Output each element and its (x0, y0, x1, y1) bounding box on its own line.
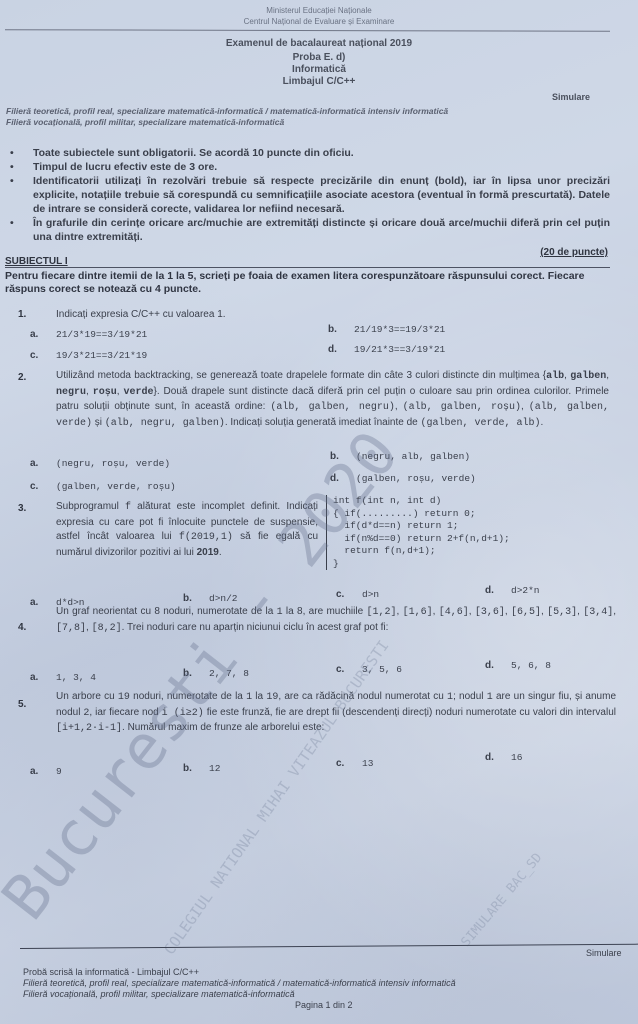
question-4-option-b[interactable]: b.2, 7, 8 (183, 668, 249, 679)
question-5-option-c[interactable]: c.13 (336, 758, 373, 769)
watermark-college: COLEGIUL NATIONAL MIHAI VITEAZUL BUCURES… (160, 637, 392, 958)
question-1-number: 1. (18, 309, 26, 320)
question-5-option-b[interactable]: b.12 (183, 763, 220, 774)
question-4-option-a[interactable]: a.1, 3, 4 (30, 672, 96, 683)
exam-language: Limbajul C/C++ (0, 76, 638, 87)
question-2-option-b[interactable]: b.(negru, alb, galben) (330, 451, 470, 462)
question-4-option-c[interactable]: c.3, 5, 6 (336, 664, 402, 675)
filiera-line-1: Filieră teoretică, profil real, speciali… (6, 106, 448, 116)
question-2-option-a[interactable]: a.(negru, roșu, verde) (30, 458, 170, 469)
question-1-option-d[interactable]: d.19/21*3==3/19*21 (328, 344, 445, 355)
rule-item: Timpul de lucru efectiv este de 3 ore. (10, 160, 610, 174)
exam-rules: Toate subiectele sunt obligatorii. Se ac… (10, 146, 610, 244)
question-4-option-d[interactable]: d.5, 6, 8 (485, 660, 551, 671)
question-5-text: Un arbore cu 19 noduri, numerotate de la… (56, 690, 616, 737)
question-1-option-b[interactable]: b.21/19*3==19/3*21 (328, 324, 445, 335)
header-divider (5, 29, 610, 32)
question-1-option-a[interactable]: a.21/3*19==3/19*21 (30, 329, 147, 340)
subject-divider (5, 267, 610, 268)
rule-item: În grafurile din cerințe oricare arc/muc… (10, 216, 610, 244)
question-3-option-c[interactable]: c.d>n (336, 589, 379, 600)
question-2-number: 2. (18, 372, 26, 383)
footer-line-1: Probă scrisă la informatică - Limbajul C… (23, 967, 199, 977)
rule-item: Toate subiectele sunt obligatorii. Se ac… (10, 146, 610, 160)
session-label: Simulare (552, 92, 590, 102)
code-snippet: int f(int n, int d) { if(.........) retu… (326, 495, 586, 570)
footer-divider (20, 944, 638, 949)
question-3-option-d[interactable]: d.d>2*n (485, 585, 540, 596)
question-5-option-a[interactable]: a.9 (30, 766, 62, 777)
question-4-text: Un graf neorientat cu 8 noduri, numerota… (56, 605, 616, 636)
question-4-number: 4. (18, 622, 26, 633)
footer-line-2: Filieră teoretică, profil real, speciali… (23, 978, 456, 988)
subject-title: SUBIECTUL I (5, 256, 68, 267)
footer-line-3: Filieră vocațională, profil militar, spe… (23, 989, 295, 999)
evaluation-center: Centrul Național de Evaluare și Examinar… (0, 17, 638, 26)
subject-instructions: Pentru fiecare dintre itemii de la 1 la … (5, 270, 610, 296)
question-2-text: Utilizând metoda backtracking, se genere… (56, 369, 609, 431)
question-1-text: Indicați expresia C/C++ cu valoarea 1. (56, 308, 616, 323)
question-3-option-b[interactable]: b.d>n/2 (183, 593, 238, 604)
exam-title: Examenul de bacalaureat național 2019 (0, 38, 638, 49)
question-3-number: 3. (18, 503, 26, 514)
question-5-option-d[interactable]: d.16 (485, 752, 522, 763)
filiera-line-2: Filieră vocațională, profil militar, spe… (6, 117, 284, 127)
exam-page: Ministerul Educației Naționale Centrul N… (0, 0, 638, 1024)
question-5-number: 5. (18, 699, 26, 710)
question-1-option-c[interactable]: c.19/3*21==3/21*19 (30, 350, 147, 361)
rule-item: Identificatorii utilizați în rezolvări t… (10, 174, 610, 216)
watermark-simulation: SIMULARE BAC_SD (459, 850, 546, 950)
question-3-text: Subprogramul f alăturat este incomplet d… (56, 500, 318, 560)
subject-points: (20 de puncte) (540, 247, 608, 258)
page-number: Pagina 1 din 2 (295, 1000, 353, 1010)
question-2-option-c[interactable]: c.(galben, verde, roșu) (30, 481, 176, 492)
question-2-option-d[interactable]: d.(galben, roșu, verde) (330, 473, 476, 484)
exam-proba: Proba E. d) (0, 52, 638, 63)
exam-subject: Informatică (0, 64, 638, 75)
ministry-name: Ministerul Educației Naționale (0, 6, 638, 15)
footer-session: Simulare (586, 948, 622, 958)
